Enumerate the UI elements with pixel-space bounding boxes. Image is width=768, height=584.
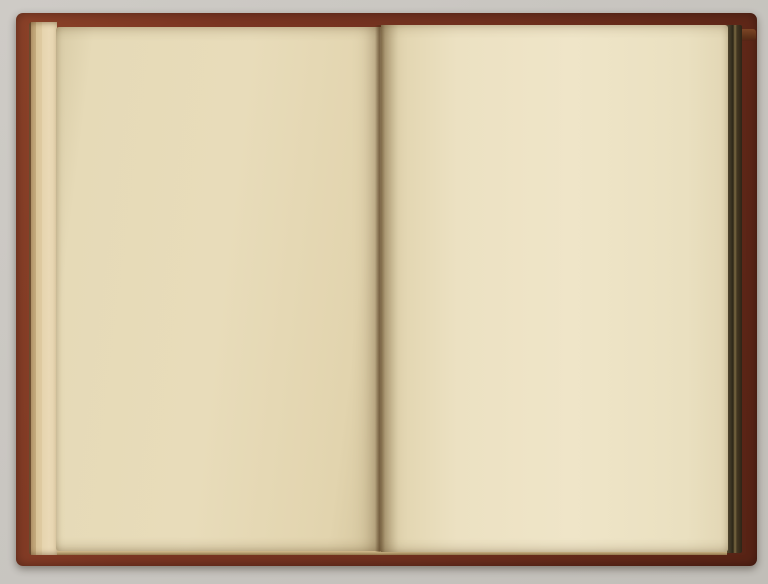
- book-page-left: [56, 27, 381, 551]
- page-edges-left: [29, 22, 57, 555]
- page-edges-right: [727, 25, 742, 553]
- book-page-right: [381, 25, 728, 552]
- photo-background: — 34 — CAPUT VIII. PALLII APOSTOLICI ORI…: [0, 0, 768, 584]
